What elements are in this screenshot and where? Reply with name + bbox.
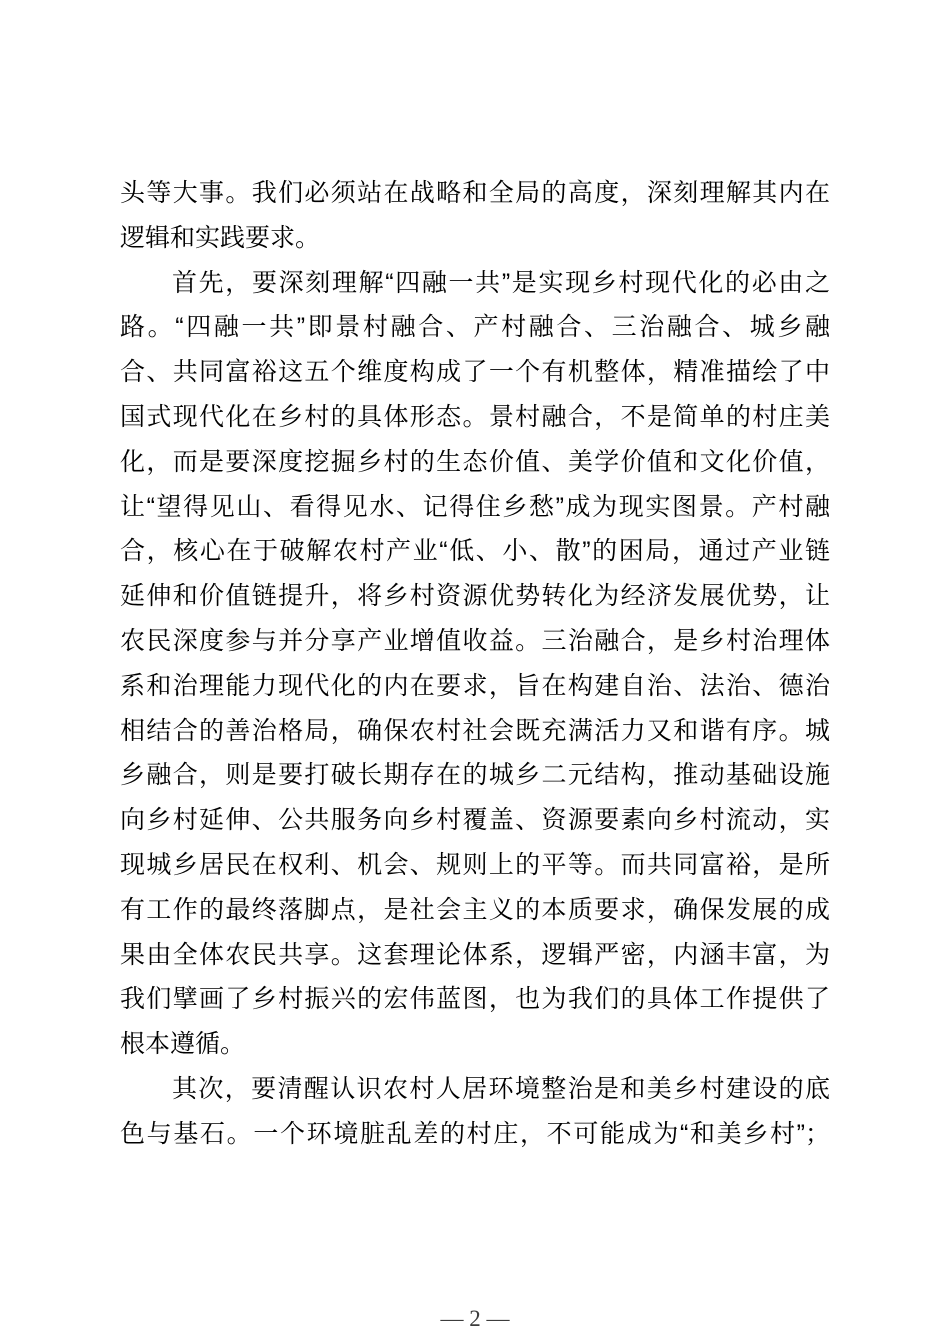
text-line: 色与基石。一个环境脏乱差的村庄，不可能成为“和美乡村”；: [120, 1112, 830, 1157]
document-body: 头等大事。我们必须站在战略和全局的高度，深刻理解其内在逻辑和实践要求。首先，要深…: [120, 171, 830, 1157]
text-line: 合、共同富裕这五个维度构成了一个有机整体，精准描绘了中: [120, 350, 830, 395]
text-line: 相结合的善治格局，确保农村社会既充满活力又和谐有序。城: [120, 709, 830, 754]
text-line: 根本遵循。: [120, 1022, 830, 1067]
text-line: 农民深度参与并分享产业增值收益。三治融合，是乡村治理体: [120, 619, 830, 664]
page-number: — 2 —: [441, 1306, 510, 1331]
text-line: 现城乡居民在权利、机会、规则上的平等。而共同富裕，是所: [120, 843, 830, 888]
text-line: 路。“四融一共”即景村融合、产村融合、三治融合、城乡融: [120, 305, 830, 350]
text-line: 有工作的最终落脚点，是社会主义的本质要求，确保发展的成: [120, 888, 830, 933]
text-line: 首先，要深刻理解“四融一共”是实现乡村现代化的必由之: [120, 261, 830, 306]
text-line: 逻辑和实践要求。: [120, 216, 830, 261]
text-line: 延伸和价值链提升，将乡村资源优势转化为经济发展优势，让: [120, 574, 830, 619]
text-line: 化，而是要深度挖掘乡村的生态价值、美学价值和文化价值，: [120, 440, 830, 485]
text-line: 乡融合，则是要打破长期存在的城乡二元结构，推动基础设施: [120, 753, 830, 798]
text-line: 国式现代化在乡村的具体形态。景村融合，不是简单的村庄美: [120, 395, 830, 440]
text-line: 我们擘画了乡村振兴的宏伟蓝图，也为我们的具体工作提供了: [120, 977, 830, 1022]
text-line: 系和治理能力现代化的内在要求，旨在构建自治、法治、德治: [120, 664, 830, 709]
text-line: 其次，要清醒认识农村人居环境整治是和美乡村建设的底: [120, 1067, 830, 1112]
text-line: 合，核心在于破解农村产业“低、小、散”的困局，通过产业链: [120, 529, 830, 574]
page-footer: — 2 —: [0, 1306, 950, 1332]
text-line: 向乡村延伸、公共服务向乡村覆盖、资源要素向乡村流动，实: [120, 798, 830, 843]
text-line: 让“望得见山、看得见水、记得住乡愁”成为现实图景。产村融: [120, 485, 830, 530]
text-line: 头等大事。我们必须站在战略和全局的高度，深刻理解其内在: [120, 171, 830, 216]
text-line: 果由全体农民共享。这套理论体系，逻辑严密，内涵丰富，为: [120, 933, 830, 978]
document-page: 头等大事。我们必须站在战略和全局的高度，深刻理解其内在逻辑和实践要求。首先，要深…: [0, 0, 950, 1344]
